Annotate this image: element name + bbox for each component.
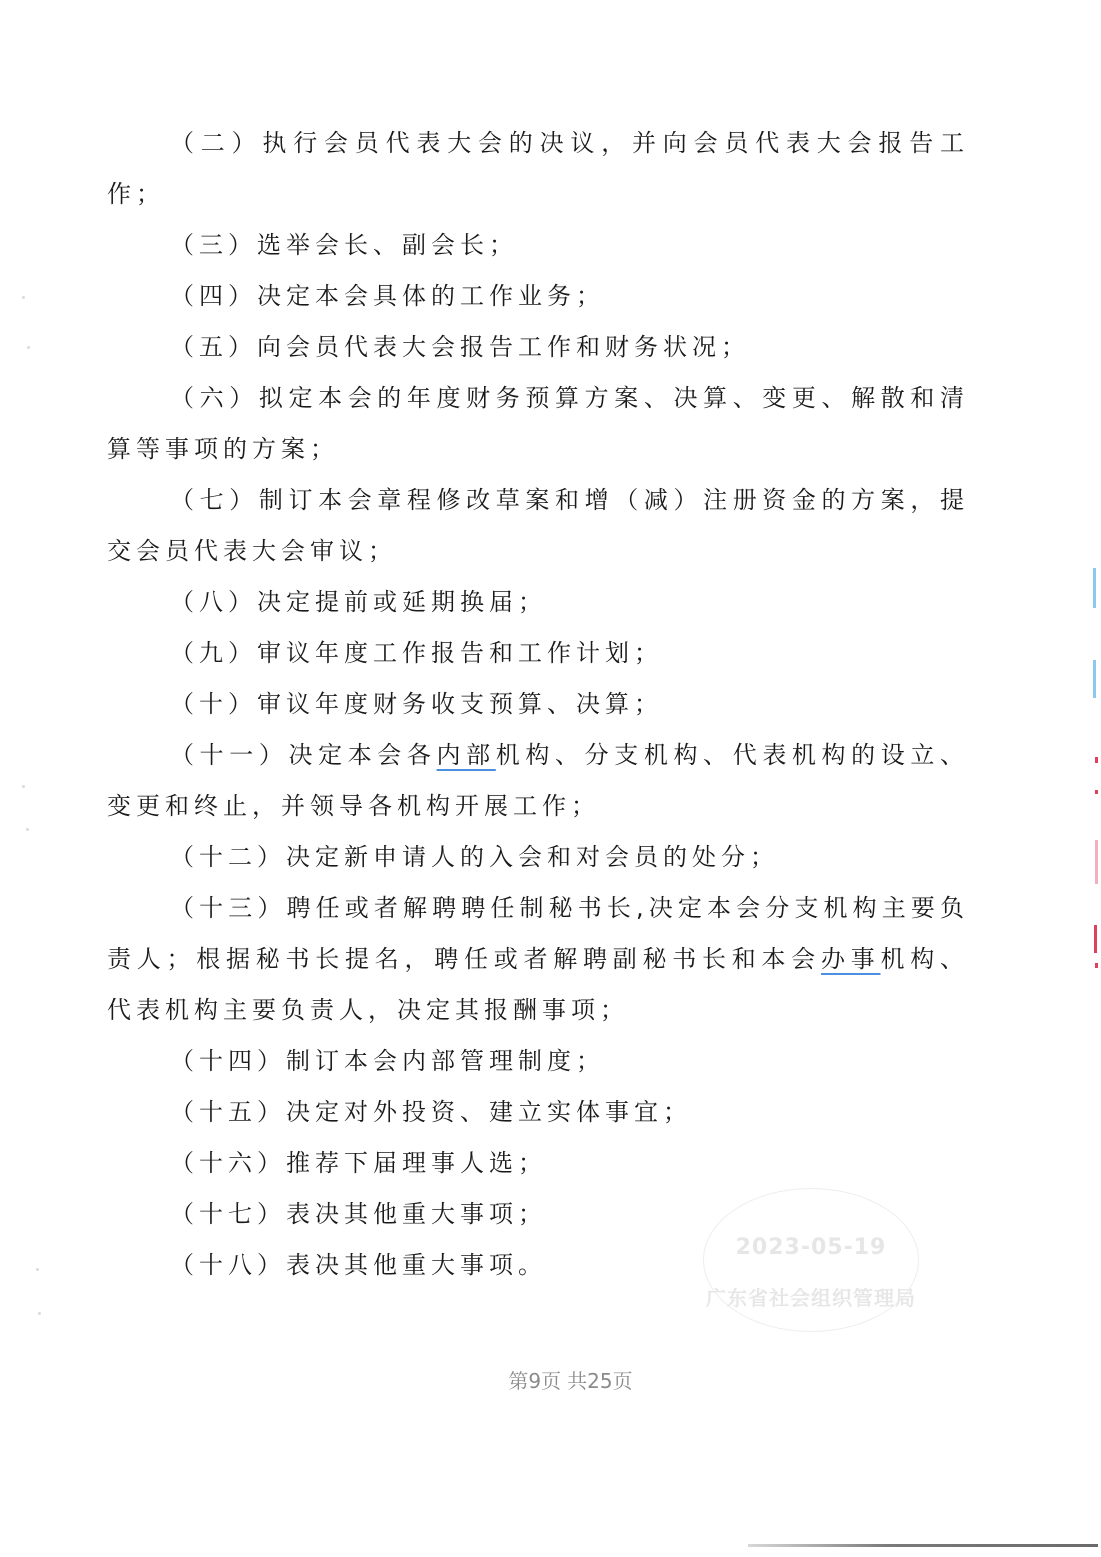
scan-edge-mark-blue-1 xyxy=(1093,568,1096,608)
clause-4: （四）决定本会具体的工作业务； xyxy=(107,271,969,322)
document-body: （二）执行会员代表大会的决议，并向会员代表大会报告工作； （三）选举会长、副会长… xyxy=(107,118,969,1291)
clause-7: （七）制订本会章程修改草案和增（减）注册资金的方案，提交会员代表大会审议； xyxy=(107,475,969,577)
scan-speck xyxy=(27,346,30,349)
clause-13: （十三）聘任或者解聘聘任制秘书长,决定本会分支机构主要负责人；根据秘书长提名，聘… xyxy=(107,883,969,1036)
clause-16: （十六）推荐下届理事人选； xyxy=(107,1138,969,1189)
clause-8: （八）决定提前或延期换届； xyxy=(107,577,969,628)
official-seal-stamp: 2023-05-19 广东省社会组织管理局 xyxy=(703,1188,919,1332)
clause-5: （五）向会员代表大会报告工作和财务状况； xyxy=(107,322,969,373)
scan-speck xyxy=(22,296,25,299)
clause-10: （十）审议年度财务收支预算、决算； xyxy=(107,679,969,730)
scan-edge-mark-red-1 xyxy=(1095,757,1098,763)
page-footer: 第9页共25页 xyxy=(0,1365,1101,1394)
current-page-label: 第9页 xyxy=(508,1369,561,1393)
clause-14: （十四）制订本会内部管理制度； xyxy=(107,1036,969,1087)
clause-9: （九）审议年度工作报告和工作计划； xyxy=(107,628,969,679)
scan-speck xyxy=(22,785,25,788)
total-pages-label: 共25页 xyxy=(567,1369,632,1393)
scan-speck xyxy=(38,1312,41,1315)
scan-speck xyxy=(26,828,29,831)
clause-11-text-before: （十一）决定本会各 xyxy=(170,741,437,769)
clause-11: （十一）决定本会各内部机构、分支机构、代表机构的设立、变更和终止，并领导各机构开… xyxy=(107,730,969,832)
clause-2: （二）执行会员代表大会的决议，并向会员代表大会报告工作； xyxy=(107,118,969,220)
stamp-date: 2023-05-19 xyxy=(704,1235,918,1260)
scan-edge-mark-red-2 xyxy=(1095,790,1098,794)
clause-12: （十二）决定新申请人的入会和对会员的处分； xyxy=(107,832,969,883)
clause-6: （六）拟定本会的年度财务预算方案、决算、变更、解散和清算等事项的方案； xyxy=(107,373,969,475)
stamp-organization: 广东省社会组织管理局 xyxy=(696,1282,926,1311)
clause-11-underlined-text: 内部 xyxy=(437,741,496,769)
clause-3: （三）选举会长、副会长； xyxy=(107,220,969,271)
scan-edge-mark-blue-2 xyxy=(1093,660,1096,698)
scan-edge-line xyxy=(748,1544,1098,1547)
scan-speck xyxy=(36,1268,39,1271)
clause-15: （十五）决定对外投资、建立实体事宜； xyxy=(107,1087,969,1138)
scan-edge-mark-red-4 xyxy=(1094,925,1097,953)
scan-edge-mark-red-3 xyxy=(1095,840,1098,884)
document-page: （二）执行会员代表大会的决议，并向会员代表大会报告工作； （三）选举会长、副会长… xyxy=(0,0,1101,1557)
scan-edge-mark-red-5 xyxy=(1095,963,1098,968)
clause-13-underlined-text: 办事 xyxy=(821,945,881,973)
